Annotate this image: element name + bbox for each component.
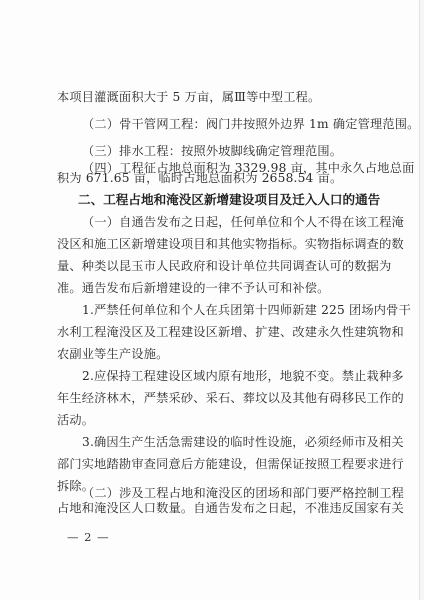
paragraph-line: 2.应保持工程建设区域内原有地形，地貌不变。禁止栽种多 xyxy=(82,368,359,384)
paragraph-line: 3.确因生产生活急需建设的临时性设施，必须经师市及相关 xyxy=(82,434,359,450)
paragraph-line: 本项目灌溉面积大于 5 万亩，属Ⅲ等中型工程。 xyxy=(57,89,359,105)
paragraph-line: （一）自通告发布之日起，任何单位和个人不得在该工程淹 xyxy=(82,214,359,230)
paragraph-line: （三）排水工程：按照外坡脚线确定管理范围。 xyxy=(82,143,292,159)
page-number: — 2 — xyxy=(67,530,110,544)
paragraph-line: 量、种类以昆玉市人民政府和设计单位共同调查认可的数据为 xyxy=(57,258,359,274)
paragraph-line: 没区和施工区新增建设项目和其他实物指标。实物指标调查的数 xyxy=(57,236,359,252)
paragraph-line: 1.严禁任何单位和个人在兵团第十四师新建 225 团场内骨干 xyxy=(82,302,359,318)
paragraph-line: 占地和淹没区人口数量。自通告发布之日起，不准违反国家有关 xyxy=(57,500,359,516)
paragraph-line: 年生经济林木，严禁采砂、采石、葬坟以及其他有碍移民工作的 xyxy=(57,390,359,406)
paragraph-line: 水利工程淹没区及工程建设区新增、扩建、改建永久性建筑物和 xyxy=(57,324,359,340)
paragraph-line: 农副业等生产设施。 xyxy=(57,346,359,362)
paragraph-line: 积为 671.65 亩，临时占地总面积为 2658.54 亩。 xyxy=(57,170,359,186)
paragraph-line: 部门实地踏勘审查同意后方能建设，但需保证按照工程要求进行 xyxy=(57,456,359,472)
section-heading: 二、工程占地和淹没区新增建设项目及迁入人口的通告 xyxy=(78,192,342,208)
paragraph-line: （二）骨干管网工程：阀门井按照外边界 1m 确定管理范围。 xyxy=(82,116,359,132)
paragraph-line: 活动。 xyxy=(57,412,359,428)
paragraph-line: 准。通告发布后新增建设的一律不予认可和补偿。 xyxy=(57,280,359,296)
page-edge-shadow xyxy=(420,0,424,600)
paragraph-line: （二）涉及工程占地和淹没区的团场和部门要严格控制工程 xyxy=(82,485,359,501)
